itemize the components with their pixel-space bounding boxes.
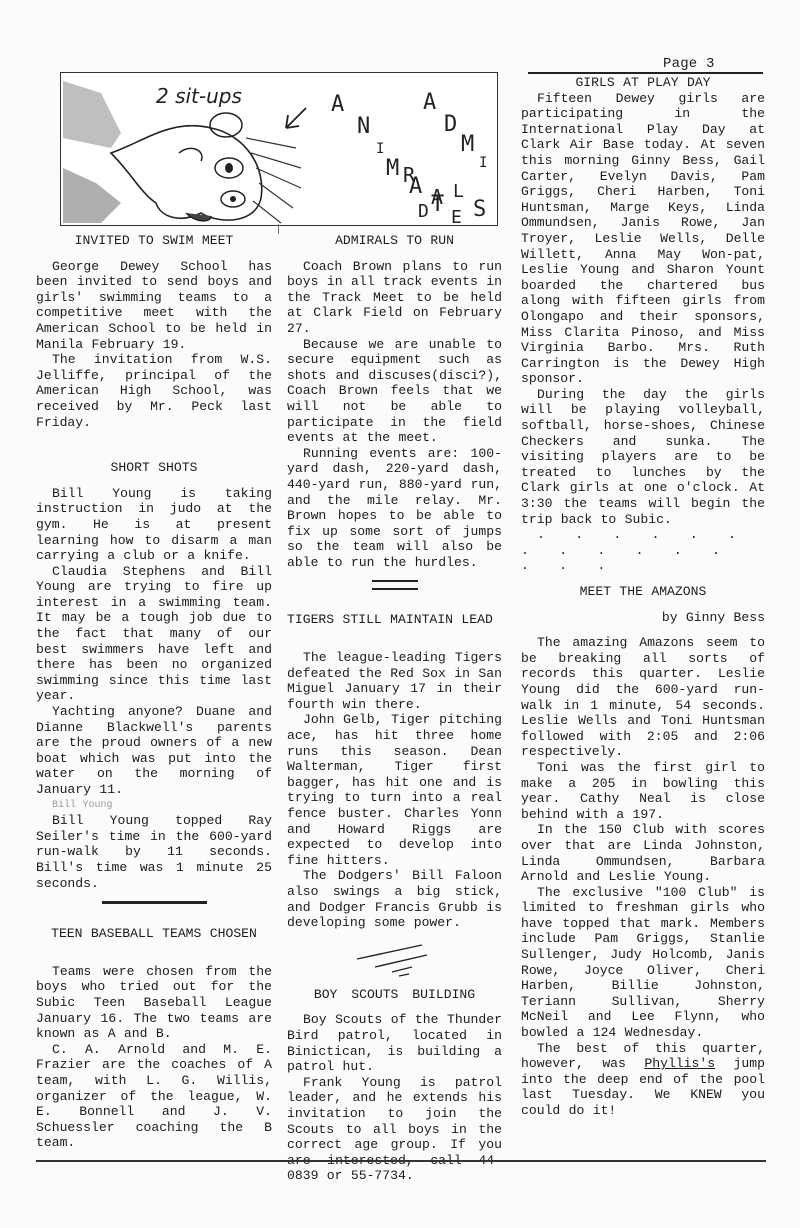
paragraph: Fifteen Dewey girls are participating in…: [521, 91, 765, 387]
article-admirals-run: ADMIRALS TO RUN Coach Brown plans to run…: [287, 233, 502, 590]
paragraph: The Dodgers' Bill Faloon also swings a b…: [287, 868, 502, 930]
headline: MEET THE AMAZONS: [521, 584, 765, 600]
separator-slash-lines: [287, 937, 502, 977]
article-swim-meet: INVITED TO SWIM MEET George Dewey School…: [36, 233, 272, 430]
paragraph: John Gelb, Tiger pitching ace, has hit t…: [287, 712, 502, 868]
paragraph: Teams were chosen from the boys who trie…: [36, 964, 272, 1042]
paragraph: The invitation from W.S. Jelliffe, princ…: [36, 352, 272, 430]
separator-double-rule: [372, 580, 418, 590]
article-short-shots: SHORT SHOTS Bill Young is taking instruc…: [36, 460, 272, 904]
column-divider: [278, 224, 279, 234]
paragraph: The amazing Amazons seem to be breaking …: [521, 635, 765, 760]
paragraph: Boy Scouts of the Thunder Bird patrol, l…: [287, 1012, 502, 1074]
headline: INVITED TO SWIM MEET: [36, 233, 272, 249]
column-left: INVITED TO SWIM MEET George Dewey School…: [36, 233, 272, 1151]
banner-illustration: 2 sit-ups A N I M A T E . A D M I . R . …: [60, 72, 498, 226]
headline: TIGERS STILL MAINTAIN LEAD: [287, 612, 502, 628]
svg-text:E: E: [451, 207, 462, 225]
paragraph: Because we are unable to secure equipmen…: [287, 337, 502, 446]
article-amazons: MEET THE AMAZONS by Ginny Bess The amazi…: [521, 584, 765, 1119]
paragraph: Frank Young is patrol leader, and he ext…: [287, 1075, 502, 1184]
paragraph: Toni was the first girl to make a 205 in…: [521, 760, 765, 822]
paragraph: Claudia Stephens and Bill Young are tryi…: [36, 564, 272, 704]
svg-text:M: M: [461, 132, 474, 157]
svg-text:A: A: [423, 90, 436, 115]
page-number: Page 3: [663, 56, 715, 72]
headline: SHORT SHOTS: [36, 460, 272, 476]
headline: BOY SCOUTS BUILDING: [287, 987, 502, 1003]
paragraph: Coach Brown plans to run boys in all tra…: [287, 259, 502, 337]
paragraph-closing: The best of this quarter, however, was P…: [521, 1041, 765, 1119]
paragraph: Running events are: 100-yard dash, 220-y…: [287, 446, 502, 571]
svg-text:I: I: [376, 141, 384, 157]
strikeover-text: Bill Young: [36, 798, 272, 814]
banner-caption: 2 sit-ups: [156, 84, 242, 108]
paragraph: Bill Young topped Ray Seiler's time in t…: [36, 813, 272, 891]
article-tigers-lead: TIGERS STILL MAINTAIN LEAD The league-le…: [287, 612, 502, 976]
headline: ADMIRALS TO RUN: [287, 233, 502, 249]
paragraph: George Dewey School has been invited to …: [36, 259, 272, 353]
banner-letter-L: L: [453, 181, 464, 202]
headline: GIRLS AT PLAY DAY: [521, 75, 765, 91]
byline: by Ginny Bess: [521, 610, 765, 626]
svg-text:A: A: [331, 92, 344, 117]
paragraph: Bill Young is taking instruction in judo…: [36, 486, 272, 564]
headline: TEEN BASEBALL TEAMS CHOSEN: [36, 926, 272, 942]
article-teen-baseball: TEEN BASEBALL TEAMS CHOSEN Teams were ch…: [36, 926, 272, 1151]
article-boy-scouts: BOY SCOUTS BUILDING Boy Scouts of the Th…: [287, 987, 502, 1184]
banner-letter-A: A: [431, 185, 443, 209]
svg-text:N: N: [357, 114, 370, 139]
paragraph: C. A. Arnold and M. E. Frazier are the c…: [36, 1042, 272, 1151]
underlined-name: Phyllis's: [644, 1056, 715, 1071]
paragraph: The exclusive "100 Club" is limited to f…: [521, 885, 765, 1041]
column-middle: ADMIRALS TO RUN Coach Brown plans to run…: [287, 233, 502, 1184]
svg-text:M: M: [386, 156, 399, 181]
header-rule: [528, 72, 763, 74]
svg-text:D: D: [444, 112, 457, 137]
banner-letter-S: S: [473, 197, 486, 222]
paragraph: The league-leading Tigers defeated the R…: [287, 650, 502, 712]
paragraph: During the day the girls will be playing…: [521, 387, 765, 527]
paragraph: In the 150 Club with scores over that ar…: [521, 822, 765, 884]
separator-dots: . . . . . . . . . . . . . . .: [521, 527, 765, 574]
banner-letter-D: D: [418, 201, 429, 222]
banner-letter-R: R: [403, 163, 415, 187]
article-play-day: GIRLS AT PLAY DAY Fifteen Dewey girls ar…: [521, 75, 765, 574]
paragraph: Yachting anyone? Duane and Dianne Blackw…: [36, 704, 272, 798]
column-right: GIRLS AT PLAY DAY Fifteen Dewey girls ar…: [521, 75, 765, 1119]
footer-rule: [36, 1160, 766, 1162]
